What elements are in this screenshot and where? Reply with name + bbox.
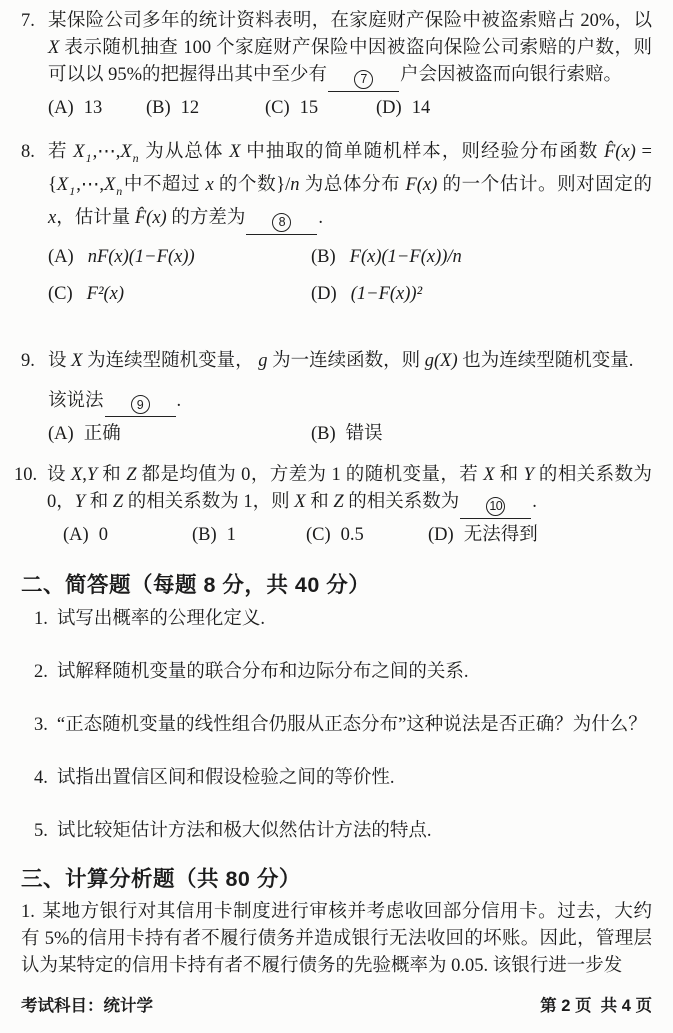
question-blank-line: 该说法9. bbox=[48, 388, 652, 418]
question-number: 8. bbox=[21, 139, 48, 308]
option-c: (C)0.5 bbox=[306, 522, 428, 549]
options-grid: (A)nF(x)(1−F(x)) (B)F(x)(1−F(x))/n (C)F²… bbox=[48, 244, 652, 308]
short-answer-item-1: 1.试写出概率的公理化定义. bbox=[21, 606, 652, 633]
footer-subject-label: 考试科目：统计学 bbox=[21, 993, 153, 1020]
question-text: 若 X1,⋯,Xn 为从总体 X 中抽取的简单随机样本，则经验分布函数 F̂(x… bbox=[48, 139, 652, 235]
option-b: (B)1 bbox=[192, 522, 306, 549]
footer-page-label: 第 2 页 共 4 页 bbox=[540, 993, 652, 1020]
option-b: (B)错误 bbox=[311, 421, 652, 448]
section-3-header: 三、计算分析题（共 80 分） bbox=[21, 865, 652, 894]
calculation-item-1: 1.某地方银行对其信用卡制度进行审核并考虑收回部分信用卡。过去，大约有 5%的信… bbox=[21, 899, 652, 980]
circled-number: 9 bbox=[131, 395, 150, 414]
question-text: 某保险公司多年的统计资料表明，在家庭财产保险中被盗索赔占 20%，以 X 表示随… bbox=[48, 8, 652, 92]
section-2-header: 二、简答题（每题 8 分，共 40 分） bbox=[21, 571, 652, 600]
option-b: (B)F(x)(1−F(x))/n bbox=[311, 244, 652, 271]
option-c: (C)15 bbox=[265, 95, 376, 122]
question-text: 设 X,Y 和 Z 都是均值为 0，方差为 1 的随机变量，若 X 和 Y 的相… bbox=[47, 462, 652, 519]
section-short-answer: 二、简答题（每题 8 分，共 40 分） 1.试写出概率的公理化定义. 2.试解… bbox=[21, 571, 652, 845]
blank-underline: 9 bbox=[105, 395, 176, 417]
option-d: (D)(1−F(x))² bbox=[311, 281, 652, 308]
question-text: 设 X 为连续型随机变量， g 为一连续函数，则 g(X) 也为连续型随机变量. bbox=[48, 348, 652, 375]
option-a: (A)0 bbox=[63, 522, 192, 549]
question-7: 7. 某保险公司多年的统计资料表明，在家庭财产保险中被盗索赔占 20%，以 X … bbox=[21, 8, 652, 122]
option-c: (C)F²(x) bbox=[48, 281, 311, 308]
option-b: (B)12 bbox=[146, 95, 265, 122]
circled-number: 10 bbox=[486, 497, 505, 516]
short-answer-item-5: 5.试比较矩估计方法和极大似然估计方法的特点. bbox=[21, 818, 652, 845]
circled-number: 7 bbox=[354, 70, 373, 89]
circled-number: 8 bbox=[272, 213, 291, 232]
option-a: (A)13 bbox=[48, 95, 146, 122]
short-answer-item-2: 2.试解释随机变量的联合分布和边际分布之间的关系. bbox=[21, 659, 652, 686]
short-answer-item-4: 4.试指出置信区间和假设检验之间的等价性. bbox=[21, 765, 652, 792]
question-number: 10. bbox=[14, 462, 47, 549]
options-row: (A)13 (B)12 (C)15 (D)14 bbox=[48, 95, 652, 122]
blank-underline: 7 bbox=[328, 70, 399, 92]
blank-underline: 10 bbox=[460, 497, 531, 519]
options-row: (A)正确 (B)错误 bbox=[48, 421, 652, 448]
option-d: (D)14 bbox=[376, 95, 430, 122]
option-a: (A)nF(x)(1−F(x)) bbox=[48, 244, 311, 271]
page-footer: 考试科目：统计学 第 2 页 共 4 页 bbox=[21, 993, 652, 1020]
section-calculation: 三、计算分析题（共 80 分） 1.某地方银行对其信用卡制度进行审核并考虑收回部… bbox=[21, 865, 652, 980]
question-10: 10. 设 X,Y 和 Z 都是均值为 0，方差为 1 的随机变量，若 X 和 … bbox=[21, 462, 652, 549]
question-number: 7. bbox=[21, 8, 48, 122]
blank-underline: 8 bbox=[246, 213, 317, 235]
question-9: 9. 设 X 为连续型随机变量， g 为一连续函数，则 g(X) 也为连续型随机… bbox=[21, 348, 652, 449]
options-row: (A)0 (B)1 (C)0.5 (D)无法得到 bbox=[63, 522, 652, 549]
exam-page: 7. 某保险公司多年的统计资料表明，在家庭财产保险中被盗索赔占 20%，以 X … bbox=[0, 0, 673, 1033]
option-d: (D)无法得到 bbox=[428, 522, 538, 549]
question-8: 8. 若 X1,⋯,Xn 为从总体 X 中抽取的简单随机样本，则经验分布函数 F… bbox=[21, 139, 652, 308]
question-number: 9. bbox=[21, 348, 48, 449]
short-answer-item-3: 3.“正态随机变量的线性组合仍服从正态分布”这种说法是否正确？为什么？ bbox=[21, 712, 652, 739]
option-a: (A)正确 bbox=[48, 421, 311, 448]
